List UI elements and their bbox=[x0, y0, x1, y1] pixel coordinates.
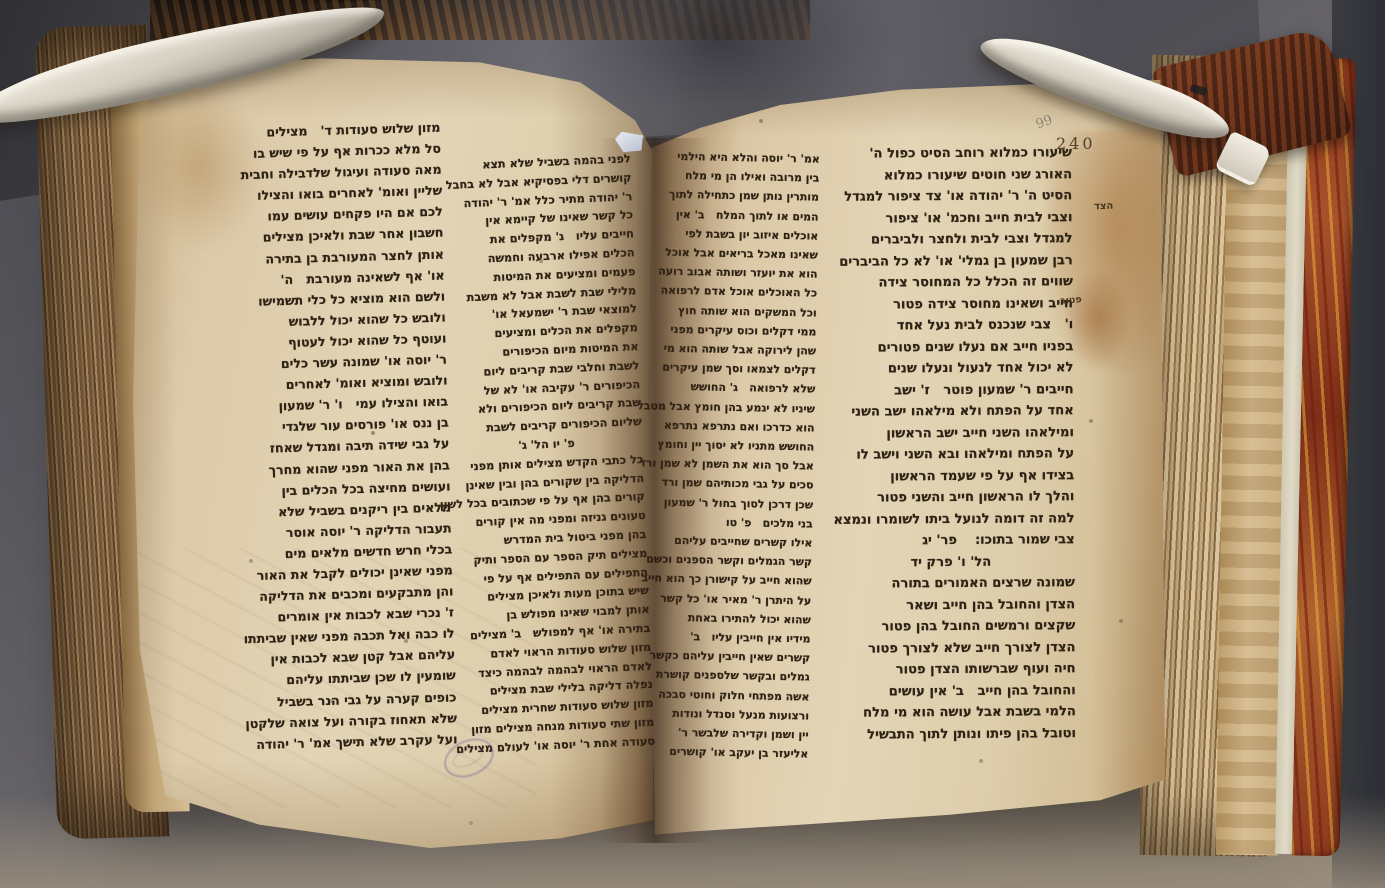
library-stamp-inner bbox=[450, 744, 486, 772]
manuscript-line: לא יכול אחד לנעול ונעלו שנים bbox=[825, 357, 1073, 380]
text-column-left-page-right: לפני בהמה בשביל שלא תצאקושרים דלי בפסיקי… bbox=[438, 150, 655, 759]
manuscript-line: שקצים ורמשים החובל בהן פטור bbox=[827, 615, 1075, 638]
margin-note: פטור bbox=[1060, 294, 1082, 306]
margin-note: הצד bbox=[1094, 201, 1114, 213]
manuscript-line: שמונה שרצים האמורים בתורה bbox=[827, 572, 1075, 595]
page-stain bbox=[1067, 271, 1129, 366]
manuscript-line: רבן שמעון בן גמלי' או' לא כל הביברים bbox=[825, 250, 1073, 273]
manuscript-line: חייב ושאינו מחוסר צידה פטור bbox=[825, 293, 1073, 316]
manuscript-line: המים או לתוך המלח ב' אין bbox=[655, 204, 818, 226]
manuscript-line: חייבים ר' שמעון פוטר ז' ישב bbox=[826, 379, 1074, 402]
manuscript-line: והחובל בהן חייב ב' אין עושים bbox=[828, 680, 1076, 703]
text-column-right-page-right: שיעורו כמלוא רוחב הסיט כפול ה'האורג שני … bbox=[824, 142, 1076, 746]
manuscript-line: אחד על הפתח ולא מילאהו ישב השני bbox=[826, 400, 1074, 423]
manuscript-line: ומילאהו השני חייב ישב הראשון bbox=[826, 422, 1074, 445]
manuscript-line: אליעזר בן יעקב או' קושרים bbox=[645, 742, 808, 764]
manuscript-line: שיעורו כמלוא רוחב הסיט כפול ה' bbox=[824, 142, 1072, 165]
text-column-right-page-left: אמ' ר' יוסה והלא היא הילמיבין מרובה ואיל… bbox=[645, 146, 820, 764]
manuscript-line: למה זה דומה לנועל ביתו לשומרו ונמצא bbox=[826, 508, 1074, 531]
manuscript-line: ו' צבי שנכנס לבית נעל אחד bbox=[825, 314, 1073, 337]
manuscript-line: הצדן לצורך חייב שלא לצורך פטור bbox=[827, 637, 1075, 660]
text-column-left-page-left: מזון שלוש סעודות ד' מציליםסל מלא ככרות א… bbox=[188, 117, 458, 757]
manuscript-line: צבי שמור בתוכו׃ פר' יג bbox=[827, 529, 1075, 552]
manuscript-line: סכים על גבי מכותיהם שמן ורד bbox=[650, 473, 813, 495]
manuscript-line: אמ' ר' יוסה והלא היא הילמי bbox=[657, 146, 820, 168]
manuscript-line: חיה ועוף שברשותו הצדן פטור bbox=[828, 658, 1076, 681]
manuscript-line: על היתרן ר' מאיר או' כל קשר bbox=[648, 588, 811, 610]
manuscript-line: בצידו אף על פי שעמד הראשון bbox=[826, 465, 1074, 488]
manuscript-line: שכן דרכן לסוך בחול ר' שמעון bbox=[650, 492, 813, 514]
manuscript-line: וטובל בהן פיתו ונותן לתוך התבשיל bbox=[828, 723, 1076, 746]
manuscript-line: הצדן והחובל בהן חייב ושאר bbox=[827, 594, 1075, 617]
manuscript-line: על הפתח ומילאהו ובא השני וישב לו bbox=[826, 443, 1074, 466]
manuscript-line: שווים זה הכלל כל המחוסר צידה bbox=[825, 271, 1073, 294]
page-shading bbox=[1092, 76, 1167, 840]
manuscript-line: הלמי בשבת אבל עושה הוא מי מלח bbox=[828, 701, 1076, 724]
manuscript-line: למגדל וצבי לבית ולחצר ולביברים bbox=[825, 228, 1073, 251]
manuscript-line: והלך לו הראשון חייב והשני פטור bbox=[826, 486, 1074, 509]
manuscript-line: שהוא חייב על קישורן כך הוא חייב bbox=[648, 569, 811, 591]
manuscript-line: אשה מפתחי חלוק וחוטי סבכה bbox=[646, 684, 809, 706]
manuscript-line: כל האוכלים אוכל אדם לרפואה bbox=[654, 281, 817, 303]
photo-scene: מזון שלוש סעודות ד' מציליםסל מלא ככרות א… bbox=[0, 0, 1385, 888]
manuscript-line: האורג שני חוטים שיעורו כמלוא bbox=[824, 164, 1072, 187]
manuscript-line: בפניו חייב אם נעלו שנים פטורים bbox=[825, 336, 1073, 359]
manuscript-line: מותרין נותן שמן כתחילה לתוך bbox=[656, 185, 819, 207]
manuscript-line: דקלים לצמאו וסך שמן עיקרים bbox=[652, 358, 815, 380]
manuscript-line: הל' ו' פרק יד bbox=[827, 551, 1075, 574]
ink-specks bbox=[0, 0, 2, 2]
manuscript-line: הסיט ה' ר' יהודה או' צד ציפור למגדל bbox=[824, 185, 1072, 208]
manuscript-line: וצבי לבית חייב וחכמ' או' ציפור bbox=[824, 207, 1072, 230]
folio-number-ink: 240 bbox=[1056, 134, 1096, 153]
